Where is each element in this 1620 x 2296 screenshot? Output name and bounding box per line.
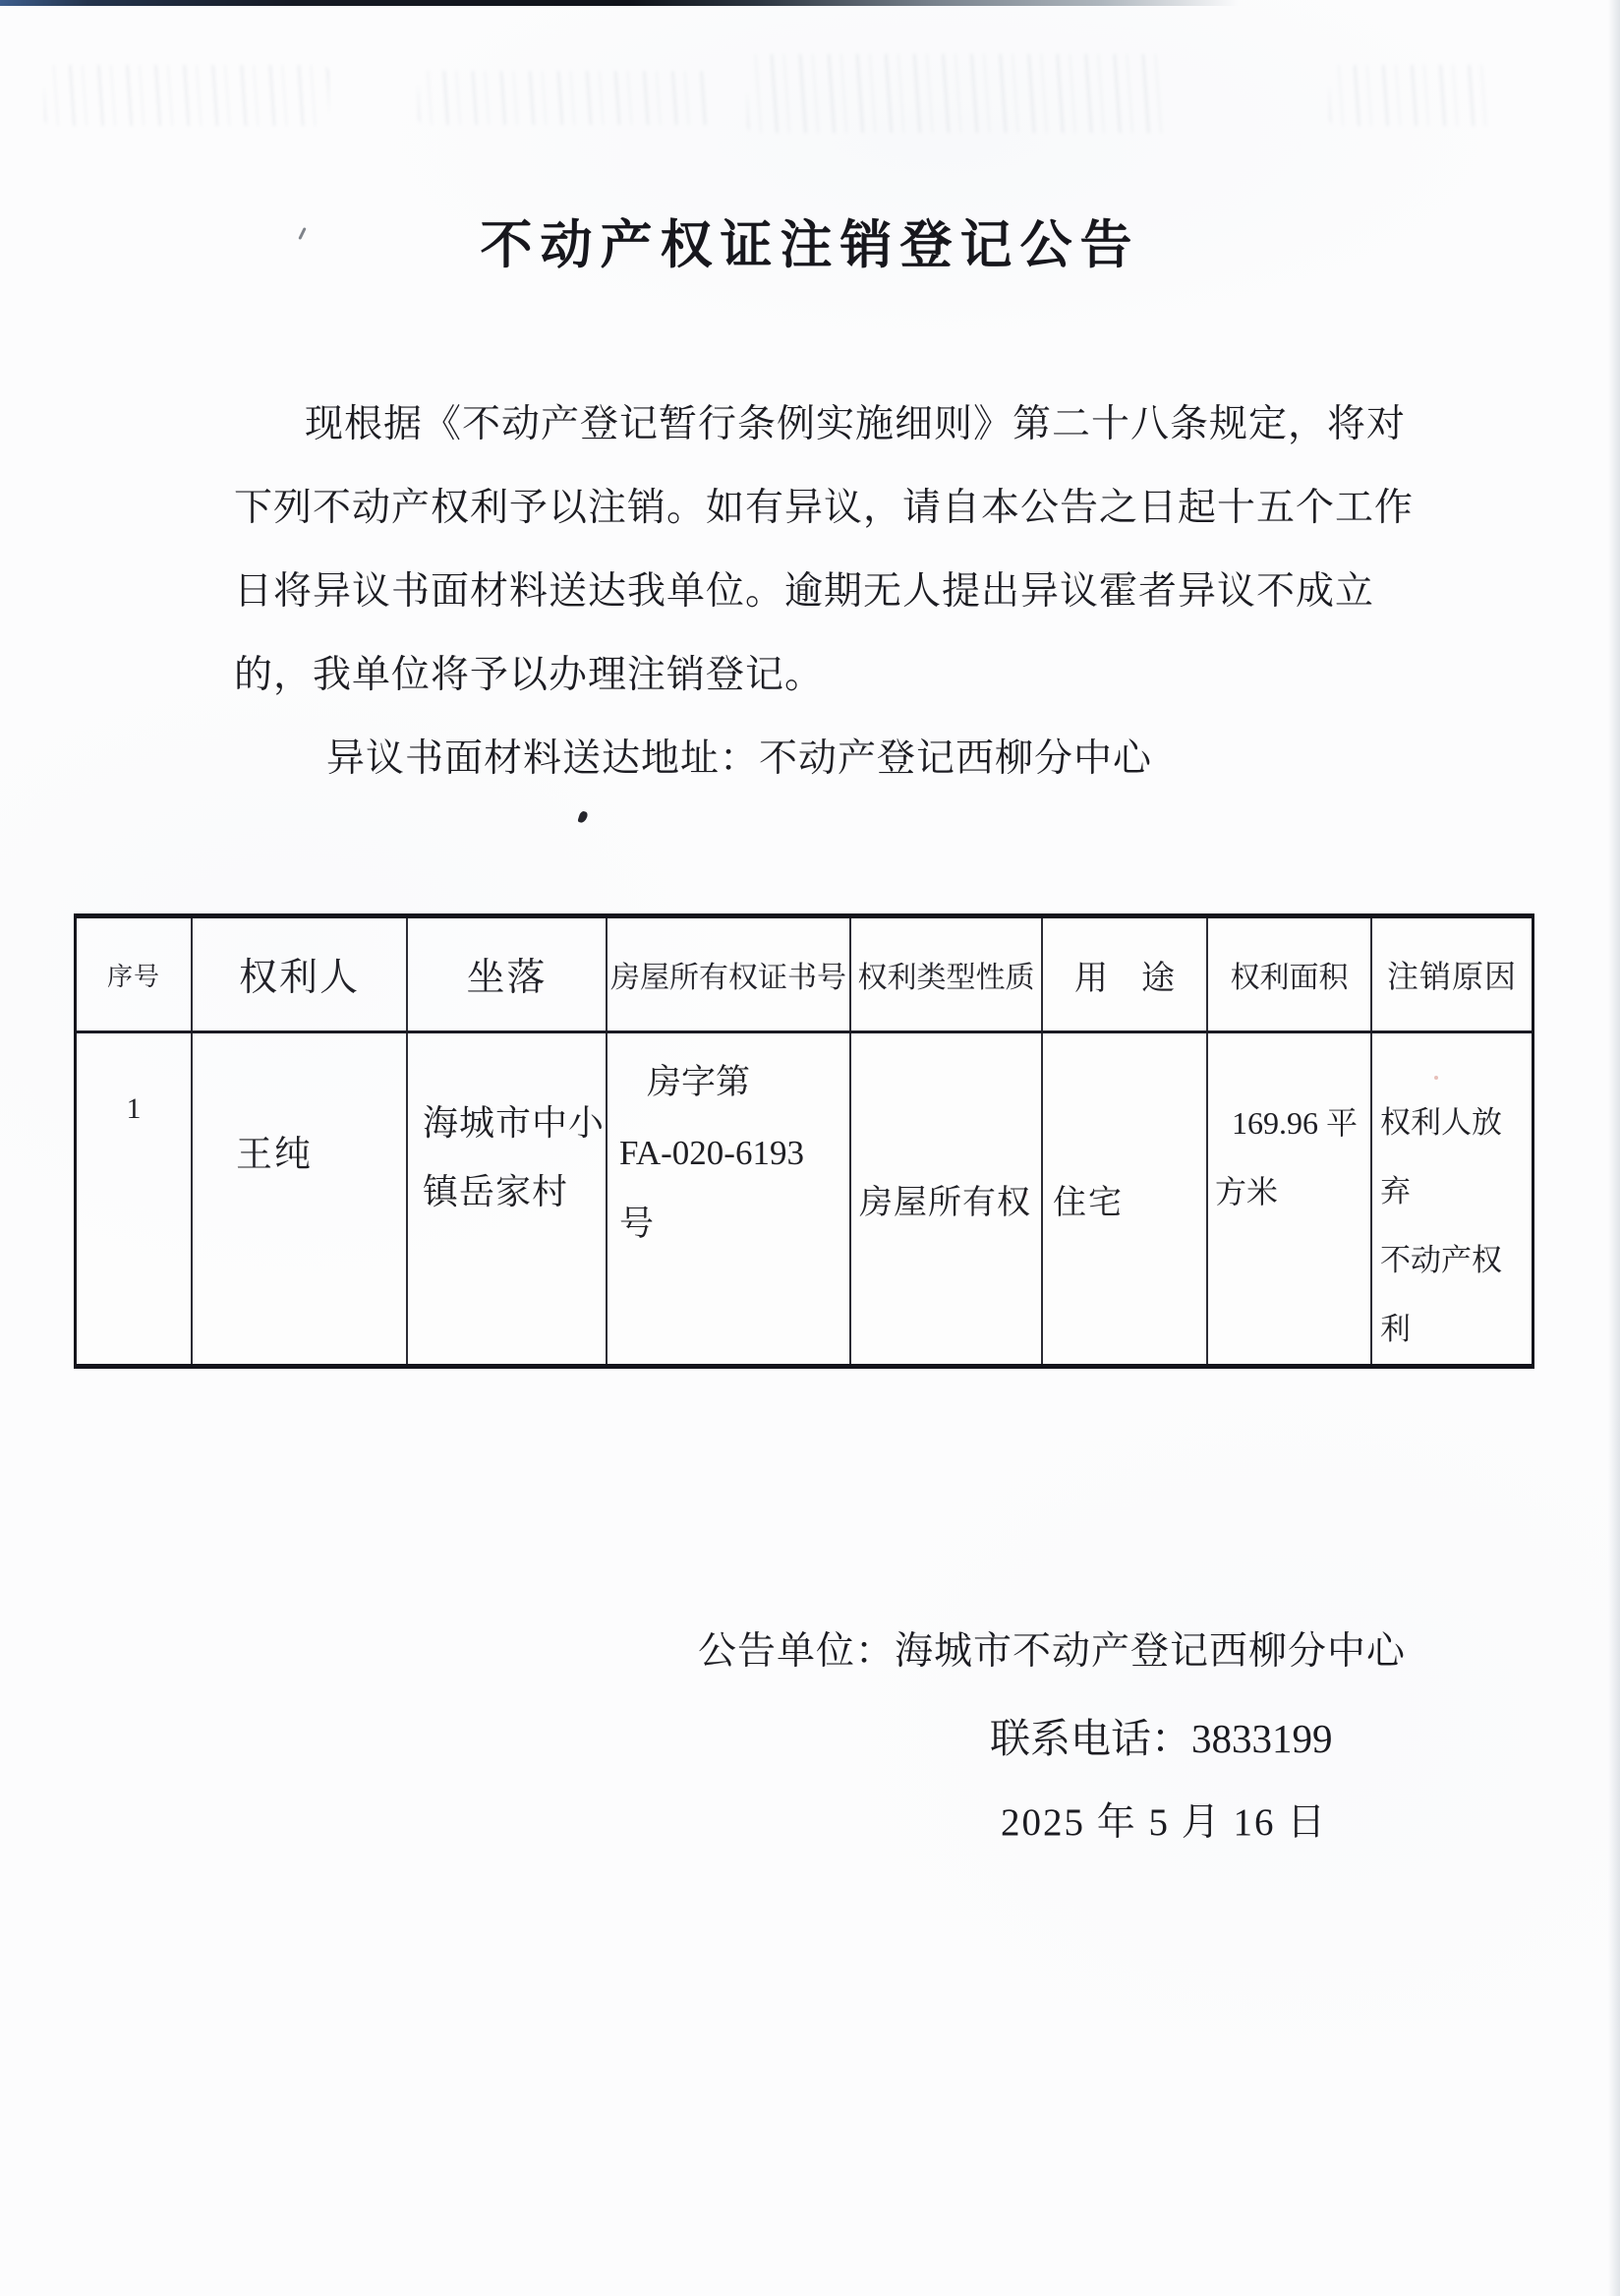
issue-date: 2025 年 5 月 16 日 <box>1001 1792 1327 1847</box>
cell-cert-no: 房字第 FA-020-6193 号 <box>607 1033 851 1364</box>
bleed-through-artifact <box>44 65 329 126</box>
body-line: 的，我单位将予以办理注销登记。 <box>234 644 1414 728</box>
col-header-cert-no: 房屋所有权证书号 <box>607 918 851 1030</box>
body-line: 下列不动产权利予以注销。如有异议，请自本公告之日起十五个工作 <box>234 477 1414 560</box>
cell-area-line: 169.96 平 <box>1215 1089 1370 1157</box>
scan-right-shadow <box>1608 0 1620 2296</box>
cell-area: 169.96 平 方米 <box>1208 1033 1372 1364</box>
cell-cancel-reason-line: 权利人放弃 <box>1380 1089 1532 1226</box>
issuing-unit: 公告单位：海城市不动产登记西柳分中心 <box>698 1620 1406 1676</box>
body-line: 日将异议书面材料送达我单位。逾期无人提出异议霍者异议不成立 <box>234 560 1414 644</box>
table-row: 1 王纯 海城市中小 镇岳家村 房字第 FA-020-6193 号 房屋所有权 … <box>77 1030 1532 1364</box>
cell-usage-text: 住宅 <box>1053 1175 1124 1223</box>
cancellation-table: 序号 权利人 坐落 房屋所有权证书号 权利类型性质 用 途 权利面积 注销原因 … <box>74 913 1534 1369</box>
cell-area-line: 方米 <box>1215 1157 1370 1226</box>
cell-location-line: 镇岳家村 <box>423 1157 606 1226</box>
cell-right-type: 房屋所有权 <box>851 1033 1043 1364</box>
scan-edge-strip <box>0 0 1239 6</box>
cell-location: 海城市中小 镇岳家村 <box>408 1033 607 1364</box>
col-header-seq: 序号 <box>77 918 193 1030</box>
cell-cert-no-line: FA-020-6193 <box>619 1118 849 1189</box>
bleed-through-artifact <box>747 54 1170 133</box>
cell-location-line: 海城市中小 <box>423 1089 606 1157</box>
col-header-area: 权利面积 <box>1208 918 1372 1030</box>
contact-phone: 联系电话：3833199 <box>990 1706 1333 1764</box>
col-header-right-type: 权利类型性质 <box>851 918 1043 1030</box>
cell-seq: 1 <box>77 1033 193 1364</box>
cell-cert-no-line: 号 <box>619 1189 849 1260</box>
cell-cert-no-line: 房字第 <box>619 1047 849 1118</box>
col-header-reason: 注销原因 <box>1372 918 1532 1030</box>
scanned-announcement-page: 不动产权证注销登记公告 现根据《不动产登记暂行条例实施细则》第二十八条规定，将对… <box>0 0 1620 2296</box>
cell-cancel-reason-line: 不动产权利 <box>1380 1226 1532 1364</box>
cell-right-type-text: 房屋所有权 <box>859 1175 1031 1223</box>
cell-cancel-reason: 权利人放弃 不动产权利 <box>1372 1033 1532 1364</box>
col-header-holder: 权利人 <box>193 918 408 1030</box>
col-header-location: 坐落 <box>408 918 607 1030</box>
body-line-delivery-address: 异议书面材料送达地址：不动产登记西柳分中心 <box>234 728 1414 811</box>
cell-usage: 住宅 <box>1043 1033 1208 1364</box>
table-header-row: 序号 权利人 坐落 房屋所有权证书号 权利类型性质 用 途 权利面积 注销原因 <box>77 918 1532 1030</box>
page-title: 不动产权证注销登记公告 <box>0 204 1620 278</box>
col-header-usage: 用 途 <box>1043 918 1208 1030</box>
bleed-through-artifact <box>418 71 713 125</box>
ink-speck <box>577 810 588 824</box>
cell-holder: 王纯 <box>193 1033 408 1364</box>
bleed-through-artifact <box>1329 65 1491 126</box>
body-line: 现根据《不动产登记暂行条例实施细则》第二十八条规定，将对 <box>234 393 1414 477</box>
body-text: 现根据《不动产登记暂行条例实施细则》第二十八条规定，将对 下列不动产权利予以注销… <box>234 393 1414 811</box>
